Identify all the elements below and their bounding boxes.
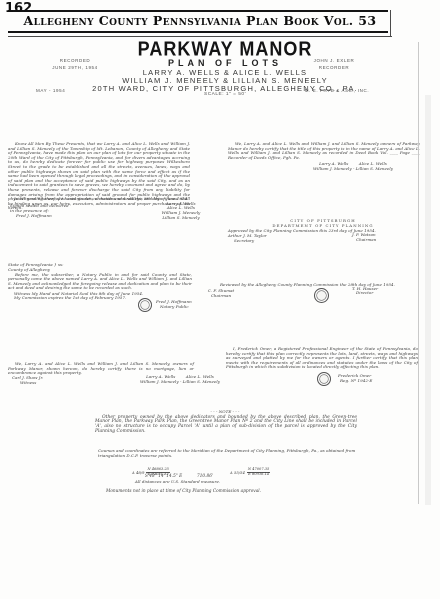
distance-value: 710.86' xyxy=(197,474,213,479)
recorded-date: JUNE 29TH, 1954 xyxy=(38,65,112,70)
recorder-name: JOHN J. EXLER xyxy=(302,58,366,63)
mortgage-signatures-row2: William J. Meneely - Lillian S. Meneely xyxy=(128,380,232,385)
county-chairman-title: Chairman xyxy=(194,294,248,299)
page-edge-line xyxy=(418,42,419,504)
notary-seal-icon xyxy=(138,298,152,312)
note-paragraph: Other property owned by the above dedica… xyxy=(95,416,357,436)
title-cert-signatures-row2: William J. Meneely - Lillian S. Meneely xyxy=(298,167,408,172)
note-label: - - - NOTE - - - xyxy=(17,410,433,415)
notary-commission-line: My Commission expires the 1st day of Feb… xyxy=(14,296,126,301)
plan-date: MAY - 1954 xyxy=(36,88,65,93)
surveyor-name: M. E. FRYE & ASS., INC. xyxy=(302,88,372,93)
document-page: 162 Allegheny County Pennsylvania Plan B… xyxy=(0,0,440,599)
title-certification-paragraph: We, Larry A. and Alice L. Wells and Will… xyxy=(228,142,420,160)
traverse-point-2-east: E 80936.14 xyxy=(247,473,270,477)
presence-text: Signed sealed and delivered in the prese… xyxy=(10,204,70,213)
signature-lillian-meneely: Lillian S. Meneely xyxy=(150,216,212,221)
monuments-note: Monuments not in place at time of City P… xyxy=(106,489,316,494)
engineer-seal-icon xyxy=(317,372,331,386)
courses-paragraph: Courses and coordinates are referred to … xyxy=(98,449,358,458)
distances-note: All distances are U.S. Standard measure. xyxy=(135,480,305,485)
plan-book-title: Allegheny County Pennsylvania Plan Book … xyxy=(14,13,386,28)
county-approval-line: Reviewed by the Allegheny County Plannin… xyxy=(220,283,420,288)
county-director-title: Director xyxy=(356,291,373,296)
notary-signature-title: Notary Public xyxy=(160,305,189,310)
city-secretary-title: Secretary xyxy=(234,239,254,244)
presence-witness-signature: Fred J. Hoffmann xyxy=(16,214,52,219)
traverse-point-2-coords: N 47007.35E 80936.14 xyxy=(247,468,270,477)
header-rule-bottom xyxy=(8,31,388,33)
county-seal-icon xyxy=(314,288,329,303)
engineer-registration: Reg. Nº 1942-E xyxy=(340,379,372,384)
traverse-point-1-label: Δ 48/9 xyxy=(132,470,144,475)
traverse-point-2-label: Δ 55/54 xyxy=(230,470,245,475)
recorded-label: RECORDED xyxy=(46,58,104,63)
recorder-title: RECORDER xyxy=(302,65,366,70)
city-chairman-title: Chairman xyxy=(356,238,376,243)
scan-edge-shadow xyxy=(425,95,431,505)
header-rule-right-tick xyxy=(390,10,391,36)
engineer-paragraph: I, Frederick Omer, a Registered Professi… xyxy=(226,347,418,370)
notary-paragraph: Before me, the subscriber, a Notary Publ… xyxy=(8,273,192,291)
header-rule-bottom-thin xyxy=(8,36,392,37)
notary-ss-text: } ss: xyxy=(54,262,64,267)
bearing-value: S 48° 14' 14.5" E xyxy=(145,474,182,479)
header-rule-top xyxy=(8,10,388,12)
mortgage-witness-title: Witness xyxy=(20,381,36,386)
